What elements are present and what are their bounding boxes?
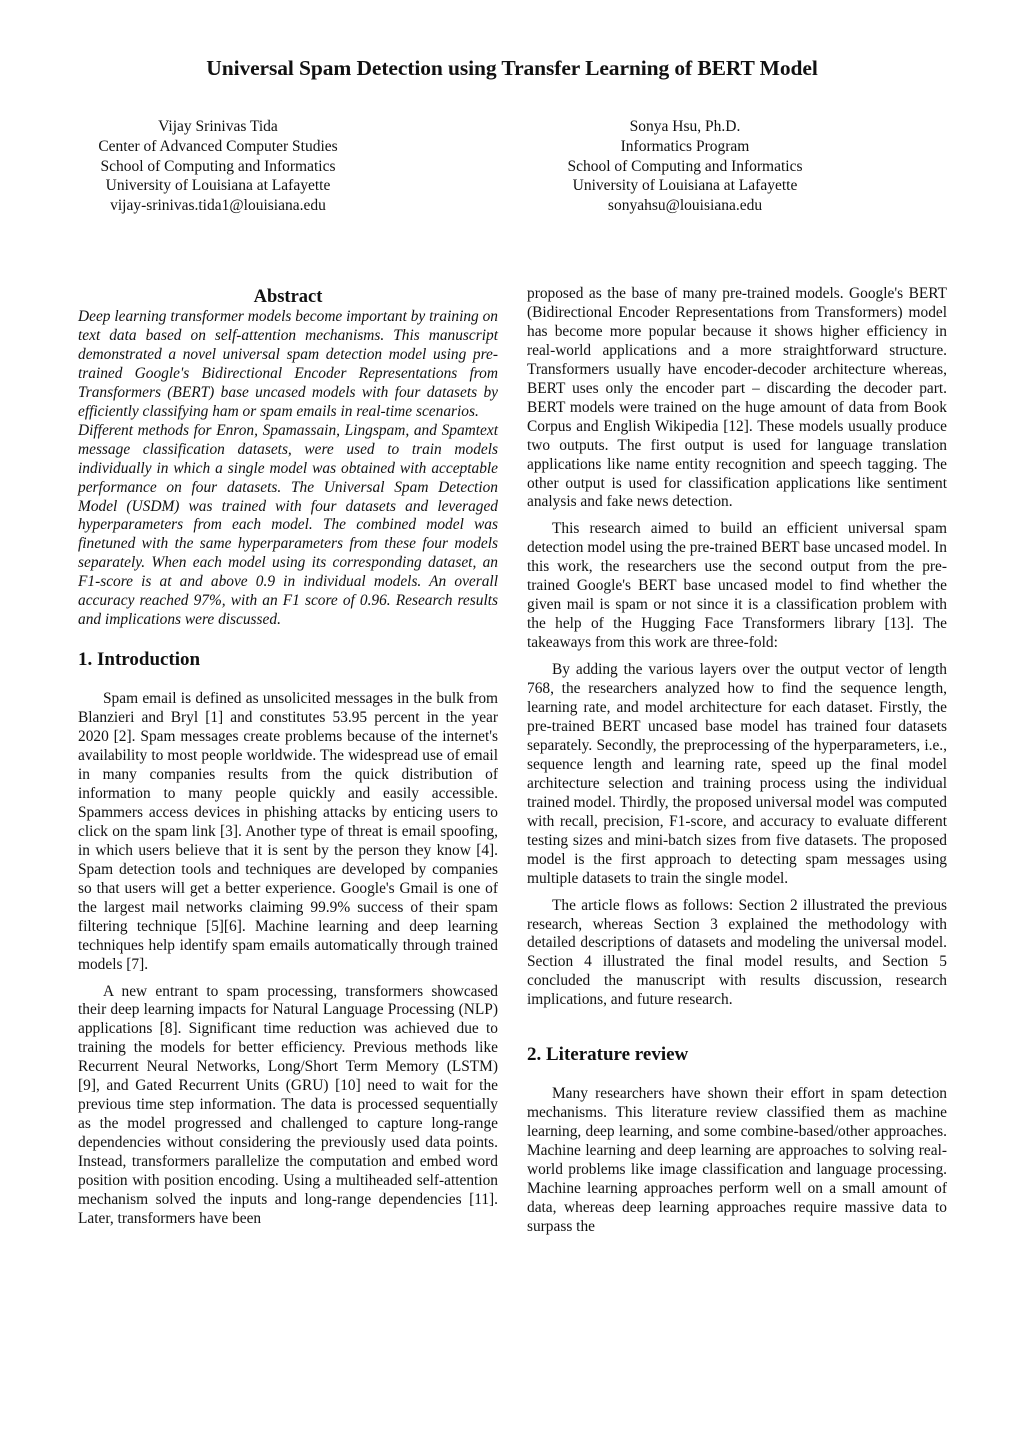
author-email: vijay-srinivas.tida1@louisiana.edu [68,196,368,216]
right-column: proposed as the base of many pre-trained… [527,285,947,1237]
author-name: Vijay Srinivas Tida [68,117,368,137]
author-block-2: Sonya Hsu, Ph.D. Informatics Program Sch… [535,117,835,216]
body-paragraph: Many researchers have shown their effort… [527,1085,947,1237]
body-paragraph: By adding the various layers over the ou… [527,661,947,888]
abstract: Abstract Deep learning transformer model… [78,286,498,630]
author-email: sonyahsu@louisiana.edu [535,196,835,216]
author-university: University of Louisiana at Lafayette [68,176,368,196]
abstract-paragraph: Deep learning transformer models become … [78,308,498,422]
author-school: School of Computing and Informatics [68,157,368,177]
author-block-1: Vijay Srinivas Tida Center of Advanced C… [68,117,368,216]
body-paragraph: Spam email is defined as unsolicited mes… [78,690,498,974]
author-affiliation: Informatics Program [535,137,835,157]
author-school: School of Computing and Informatics [535,157,835,177]
body-paragraph: proposed as the base of many pre-trained… [527,285,947,512]
body-paragraph: The article flows as follows: Section 2 … [527,897,947,1011]
author-name: Sonya Hsu, Ph.D. [535,117,835,137]
section-heading-literature-review: 2. Literature review [527,1044,947,1066]
abstract-heading: Abstract [78,286,498,308]
paper-title: Universal Spam Detection using Transfer … [0,56,1024,81]
author-university: University of Louisiana at Lafayette [535,176,835,196]
left-column: Abstract Deep learning transformer model… [78,286,498,1229]
body-paragraph: A new entrant to spam processing, transf… [78,983,498,1229]
body-paragraph: This research aimed to build an efficien… [527,520,947,653]
section-heading-introduction: 1. Introduction [78,649,498,671]
author-affiliation: Center of Advanced Computer Studies [68,137,368,157]
abstract-paragraph: Different methods for Enron, Spamassain,… [78,422,498,630]
